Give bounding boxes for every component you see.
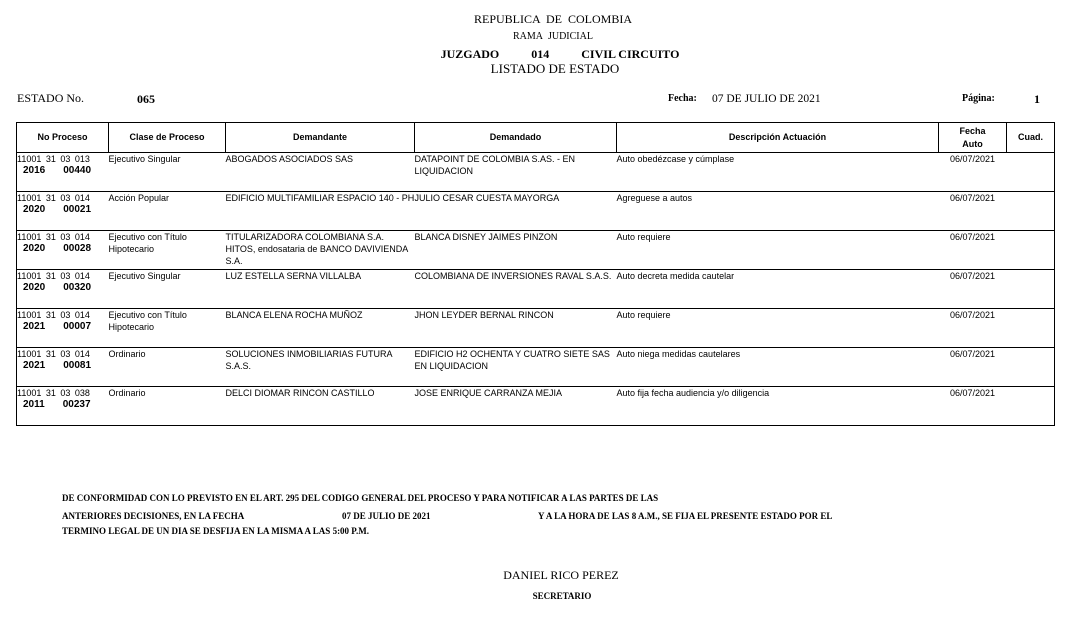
cell-descripcion: Agreguese a autos <box>617 192 939 231</box>
footer-notice-line2a: ANTERIORES DECISIONES, EN LA FECHA <box>62 511 244 521</box>
column-header-clase-proceso: Clase de Proceso <box>109 123 226 153</box>
footer-notice-line2b: Y A LA HORA DE LAS 8 A.M., SE FIJA EL PR… <box>538 511 832 521</box>
cell-demandado: JHON LEYDER BERNAL RINCON <box>415 309 617 348</box>
proceso-year-number: 201100237 <box>17 399 109 411</box>
cell-demandante: SOLUCIONES INMOBILIARIAS FUTURA S.A.S. <box>226 348 415 387</box>
estado-label: ESTADO No. <box>17 91 84 106</box>
table-row: 11001 31 03 038 201100237 Ordinario DELC… <box>17 387 1055 426</box>
proceso-number: 00081 <box>63 360 91 371</box>
proceso-year-number: 201600440 <box>17 165 109 177</box>
cell-clase: Ejecutivo con Título Hipotecario <box>109 309 226 348</box>
estado-number: 065 <box>137 92 155 107</box>
table-row: 11001 31 03 014 202100007 Ejecutivo con … <box>17 309 1055 348</box>
column-header-demandante: Demandante <box>226 123 415 153</box>
proceso-code: 11001 31 03 038 <box>17 387 109 399</box>
header-republica: REPUBLICA DE COLOMBIA <box>0 12 1075 27</box>
cell-proceso: 11001 31 03 014 202000320 <box>17 270 109 309</box>
cell-cuad <box>1007 153 1055 192</box>
cell-demandante: LUZ ESTELLA SERNA VILLALBA <box>226 270 415 309</box>
column-header-descripcion: Descripción Actuación <box>617 123 939 153</box>
proceso-year: 2021 <box>23 360 45 371</box>
cell-fecha-auto: 06/07/2021 <box>939 309 1007 348</box>
cell-cuad <box>1007 387 1055 426</box>
pagina-label: Página: <box>962 93 995 104</box>
cell-demandado: JOSE ENRIQUE CARRANZA MEJIA <box>415 387 617 426</box>
cell-proceso: 11001 31 03 013 201600440 <box>17 153 109 192</box>
table-row: 11001 31 03 014 202100081 Ordinario SOLU… <box>17 348 1055 387</box>
proceso-year: 2021 <box>23 321 45 332</box>
cell-demandado: EDIFICIO H2 OCHENTA Y CUATRO SIETE SAS E… <box>415 348 617 387</box>
table-row: 11001 31 03 014 202000320 Ejecutivo Sing… <box>17 270 1055 309</box>
juzgado-type: CIVIL CIRCUITO <box>581 47 679 62</box>
table-row: 11001 31 03 014 202000021 Acción Popular… <box>17 192 1055 231</box>
juzgado-number: 014 <box>531 47 549 62</box>
proceso-year: 2011 <box>23 399 45 410</box>
footer-notice-date: 07 DE JULIO DE 2021 <box>342 511 431 521</box>
signer-name: DANIEL RICO PEREZ <box>0 568 1075 583</box>
proceso-year-number: 202000028 <box>17 243 109 255</box>
cell-descripcion: Auto obedézcase y cúmplase <box>617 153 939 192</box>
cell-clase: Acción Popular <box>109 192 226 231</box>
cell-cuad <box>1007 348 1055 387</box>
cell-demandado: BLANCA DISNEY JAIMES PINZON <box>415 231 617 270</box>
header-rama-judicial: RAMA JUDICIAL <box>0 31 1075 42</box>
cell-clase: Ordinario <box>109 387 226 426</box>
table-row: 11001 31 03 013 201600440 Ejecutivo Sing… <box>17 153 1055 192</box>
proceso-year: 2020 <box>23 243 45 254</box>
proceso-number: 00237 <box>63 399 91 410</box>
cell-fecha-auto: 06/07/2021 <box>939 192 1007 231</box>
cell-demandado: JULIO CESAR CUESTA MAYORGA <box>415 192 617 231</box>
proceso-number: 00440 <box>63 165 91 176</box>
signer-title: SECRETARIO <box>0 591 1075 601</box>
column-header-cuad: Cuad. <box>1007 123 1055 153</box>
cell-clase: Ordinario <box>109 348 226 387</box>
cell-cuad <box>1007 231 1055 270</box>
cell-proceso: 11001 31 03 038 201100237 <box>17 387 109 426</box>
pagina-value: 1 <box>1034 92 1040 107</box>
table-row: 11001 31 03 014 202000028 Ejecutivo con … <box>17 231 1055 270</box>
cell-demandante: ABOGADOS ASOCIADOS SAS <box>226 153 415 192</box>
cell-demandante: TITULARIZADORA COLOMBIANA S.A. HITOS, en… <box>226 231 415 270</box>
cell-proceso: 11001 31 03 014 202000021 <box>17 192 109 231</box>
cell-descripcion: Auto fija fecha audiencia y/o diligencia <box>617 387 939 426</box>
cell-clase: Ejecutivo con Título Hipotecario <box>109 231 226 270</box>
table-header-row: No Proceso Clase de Proceso Demandante D… <box>17 123 1055 153</box>
proceso-code: 11001 31 03 014 <box>17 309 109 321</box>
proceso-year-number: 202000021 <box>17 204 109 216</box>
proceso-year-number: 202000320 <box>17 282 109 294</box>
proceso-year: 2020 <box>23 282 45 293</box>
proceso-code: 11001 31 03 014 <box>17 270 109 282</box>
column-header-demandado: Demandado <box>415 123 617 153</box>
cell-demandado: COLOMBIANA DE INVERSIONES RAVAL S.A.S. <box>415 270 617 309</box>
column-header-fecha-auto: Fecha Auto <box>939 123 1007 153</box>
cell-demandado: DATAPOINT DE COLOMBIA S.AS. - EN LIQUIDA… <box>415 153 617 192</box>
proceso-number: 00028 <box>63 243 91 254</box>
cell-fecha-auto: 06/07/2021 <box>939 387 1007 426</box>
estado-table: No Proceso Clase de Proceso Demandante D… <box>16 122 1055 426</box>
cell-cuad <box>1007 309 1055 348</box>
proceso-number: 00007 <box>63 321 91 332</box>
cell-fecha-auto: 06/07/2021 <box>939 231 1007 270</box>
cell-demandante: EDIFICIO MULTIFAMILIAR ESPACIO 140 - PH <box>226 192 415 231</box>
cell-descripcion: Auto niega medidas cautelares <box>617 348 939 387</box>
footer-notice-line1: DE CONFORMIDAD CON LO PREVISTO EN EL ART… <box>62 493 658 503</box>
cell-clase: Ejecutivo Singular <box>109 270 226 309</box>
cell-proceso: 11001 31 03 014 202100007 <box>17 309 109 348</box>
cell-demandante: DELCI DIOMAR RINCON CASTILLO <box>226 387 415 426</box>
cell-proceso: 11001 31 03 014 202100081 <box>17 348 109 387</box>
cell-fecha-auto: 06/07/2021 <box>939 348 1007 387</box>
proceso-year: 2016 <box>23 165 45 176</box>
proceso-code: 11001 31 03 013 <box>17 153 109 165</box>
cell-demandante: BLANCA ELENA ROCHA MUÑOZ <box>226 309 415 348</box>
cell-clase: Ejecutivo Singular <box>109 153 226 192</box>
cell-fecha-auto: 06/07/2021 <box>939 153 1007 192</box>
proceso-code: 11001 31 03 014 <box>17 231 109 243</box>
proceso-number: 00021 <box>63 204 91 215</box>
cell-descripcion: Auto decreta medida cautelar <box>617 270 939 309</box>
proceso-code: 11001 31 03 014 <box>17 192 109 204</box>
juzgado-label: JUZGADO <box>441 47 500 62</box>
cell-fecha-auto: 06/07/2021 <box>939 270 1007 309</box>
column-header-no-proceso: No Proceso <box>17 123 109 153</box>
cell-descripcion: Auto requiere <box>617 309 939 348</box>
header-juzgado: JUZGADO 014 CIVIL CIRCUITO <box>0 47 1075 62</box>
proceso-year-number: 202100081 <box>17 360 109 372</box>
footer-notice-line3: TERMINO LEGAL DE UN DIA SE DESFIJA EN LA… <box>62 526 369 536</box>
proceso-code: 11001 31 03 014 <box>17 348 109 360</box>
proceso-year-number: 202100007 <box>17 321 109 333</box>
cell-cuad <box>1007 192 1055 231</box>
proceso-year: 2020 <box>23 204 45 215</box>
cell-proceso: 11001 31 03 014 202000028 <box>17 231 109 270</box>
cell-cuad <box>1007 270 1055 309</box>
proceso-number: 00320 <box>63 282 91 293</box>
page-title: LISTADO DE ESTADO <box>0 61 1075 77</box>
cell-descripcion: Auto requiere <box>617 231 939 270</box>
fecha-label: Fecha: <box>668 93 697 104</box>
fecha-value: 07 DE JULIO DE 2021 <box>712 93 821 105</box>
